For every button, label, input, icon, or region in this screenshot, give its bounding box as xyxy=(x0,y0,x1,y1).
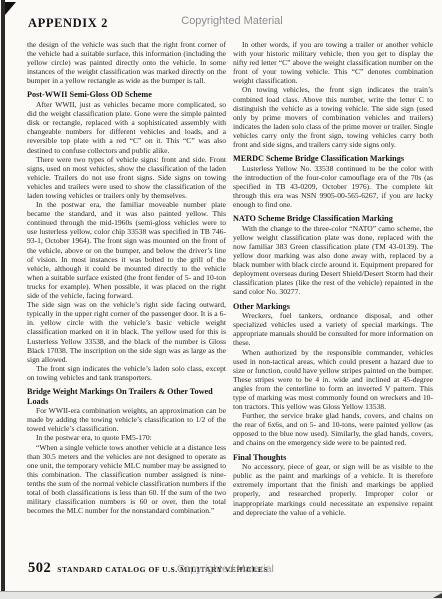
paragraph: In other words, if you are towing a trai… xyxy=(233,40,433,85)
right-column: In other words, if you are towing a trai… xyxy=(233,40,433,562)
book-page: Copyrighted Material APPENDIX 2 the desi… xyxy=(0,0,442,599)
paragraph-quote: “When a single vehicle tows another vehi… xyxy=(27,443,226,516)
paragraph: In the postwar era, the familiar moveabl… xyxy=(27,200,226,300)
paragraph: Further, the service brake glad hands, c… xyxy=(233,411,433,447)
paragraph: When authorized by the responsible comma… xyxy=(233,348,433,412)
appendix-heading: APPENDIX 2 xyxy=(28,16,108,31)
paragraph: After WWII, just as vehicles became more… xyxy=(27,100,226,155)
paragraph: The front sign indicates the vehicle’s l… xyxy=(27,364,226,382)
left-column: the design of the vehicle was such that … xyxy=(27,40,226,562)
section-heading-other-markings: Other Markings xyxy=(233,302,433,312)
paragraph-continuation: the design of the vehicle was such that … xyxy=(27,40,226,85)
page-edge-shadow xyxy=(1,0,5,592)
text-columns: the design of the vehicle was such that … xyxy=(27,40,433,562)
section-heading-bridge-weight-trailers: Bridge Weight Markings On Trailers & Oth… xyxy=(27,387,226,406)
scan-artifact-mark xyxy=(433,593,442,598)
section-heading-nato: NATO Scheme Bridge Classification Markin… xyxy=(233,214,433,224)
paragraph: For WWII-era combination weights, an app… xyxy=(27,406,226,433)
paragraph: The side sign was on the vehicle’s right… xyxy=(27,300,226,364)
section-heading-final-thoughts: Final Thoughts xyxy=(233,453,433,463)
paragraph: Wreckers, fuel tankers, ordnance disposa… xyxy=(233,311,433,347)
scan-edge-bottom xyxy=(0,591,442,599)
paragraph: With the change to the three-color “NATO… xyxy=(233,224,433,297)
paragraph: There were two types of vehicle signs: f… xyxy=(27,155,226,200)
section-heading-post-wwii-od: Post-WWII Semi-Gloss OD Scheme xyxy=(27,90,226,100)
corner-fold-mark xyxy=(5,2,16,15)
watermark-bottom: Copyrighted Material xyxy=(177,563,274,575)
paragraph: No accessory, piece of gear, or sign wil… xyxy=(233,462,433,517)
section-heading-merdc: MERDC Scheme Bridge Classification Marki… xyxy=(233,154,433,164)
page-number: 502 xyxy=(28,560,51,577)
paragraph: On towing vehicles, the front sign indic… xyxy=(233,85,433,149)
paragraph: In the postwar era, to quote FM5-170: xyxy=(27,433,226,442)
paragraph: Lusterless Yellow No. 33538 continued to… xyxy=(233,164,433,209)
